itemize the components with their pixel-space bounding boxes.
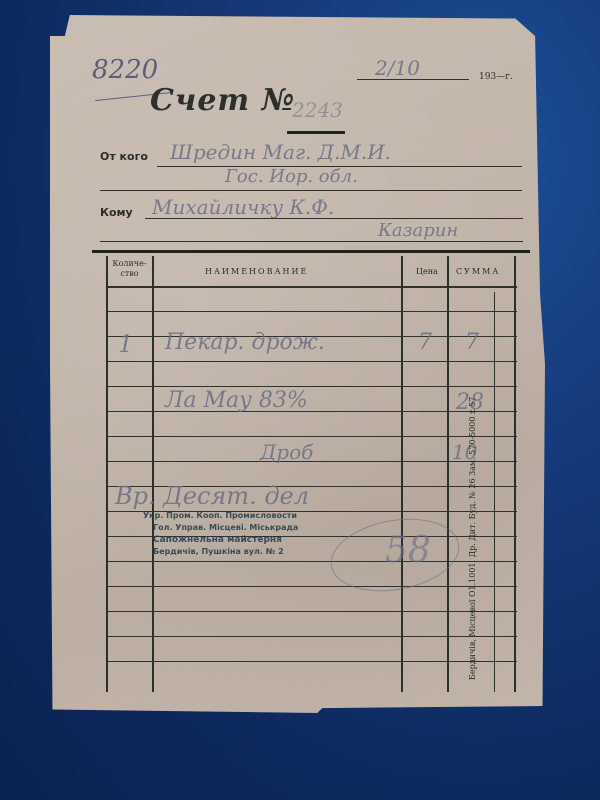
year-suffix: г. bbox=[505, 72, 513, 82]
row2-name: Ла Мау 83% bbox=[165, 388, 308, 413]
col-line-qty bbox=[152, 256, 154, 692]
invoice-number-underline bbox=[287, 131, 345, 134]
row1-name: Пекар. дрож. bbox=[165, 330, 325, 355]
to-line1 bbox=[145, 218, 523, 219]
stamp-line3: Сапожнельна майстерня bbox=[153, 534, 348, 546]
date-underline bbox=[357, 79, 469, 80]
col-line-price bbox=[447, 256, 449, 692]
row1-price: 7 bbox=[418, 330, 432, 355]
header-bottom-rule bbox=[107, 286, 517, 288]
row4-name: Вр. Десят. дел bbox=[115, 482, 309, 510]
col-line-kopecks bbox=[494, 292, 495, 692]
stamp-line4: Бердичів, Пушкіна вул. № 2 bbox=[153, 546, 348, 558]
row3-name: Дроб bbox=[260, 440, 313, 464]
col-line-left bbox=[106, 256, 108, 692]
from-value-line2: Гос. Иор. обл. bbox=[225, 166, 358, 187]
header-qty-line2: ство bbox=[107, 269, 152, 279]
table-top-rule bbox=[92, 250, 530, 253]
document-title: Счет № bbox=[150, 83, 295, 118]
date-handwritten: 2/10 bbox=[375, 56, 420, 80]
printer-imprint: Бердичів, Місцевої О1.1001. Др. Дит. Буд… bbox=[468, 397, 477, 680]
year-printed: 193—г. bbox=[479, 72, 513, 82]
from-value-line1: Шредин Маг. Д.М.И. bbox=[170, 140, 391, 164]
top-left-handwritten-number: 8220 bbox=[92, 55, 158, 85]
header-name: НАИМЕНОВАНИЕ bbox=[205, 267, 308, 276]
header-sum: СУММА bbox=[456, 267, 500, 276]
header-qty: Количе- ство bbox=[107, 259, 152, 279]
stamp-line2: Гол. Управ. Місцеві. Міськрада bbox=[153, 522, 348, 534]
to-value-line1: Михайличку К.Ф. bbox=[152, 195, 334, 219]
to-line2 bbox=[100, 241, 523, 242]
col-line-right bbox=[514, 256, 516, 692]
year-value: 193 bbox=[479, 72, 496, 82]
row1-qty: 1 bbox=[118, 330, 133, 358]
invoice-number-handwritten: 2243 bbox=[292, 98, 343, 122]
col-line-name bbox=[401, 256, 403, 692]
from-line2 bbox=[100, 190, 522, 191]
workshop-stamp: Укр. Пром. Кооп. Промисловости Гол. Упра… bbox=[98, 510, 348, 558]
to-label: Кому bbox=[100, 206, 133, 219]
to-value-line2: Казарин bbox=[378, 220, 458, 241]
stamp-line1: Укр. Пром. Кооп. Промисловости bbox=[143, 510, 348, 522]
header-qty-line1: Количе- bbox=[107, 259, 152, 269]
row1-sum: 7 bbox=[465, 330, 479, 355]
from-label: От кого bbox=[100, 150, 148, 163]
header-price: Цена bbox=[416, 267, 438, 276]
